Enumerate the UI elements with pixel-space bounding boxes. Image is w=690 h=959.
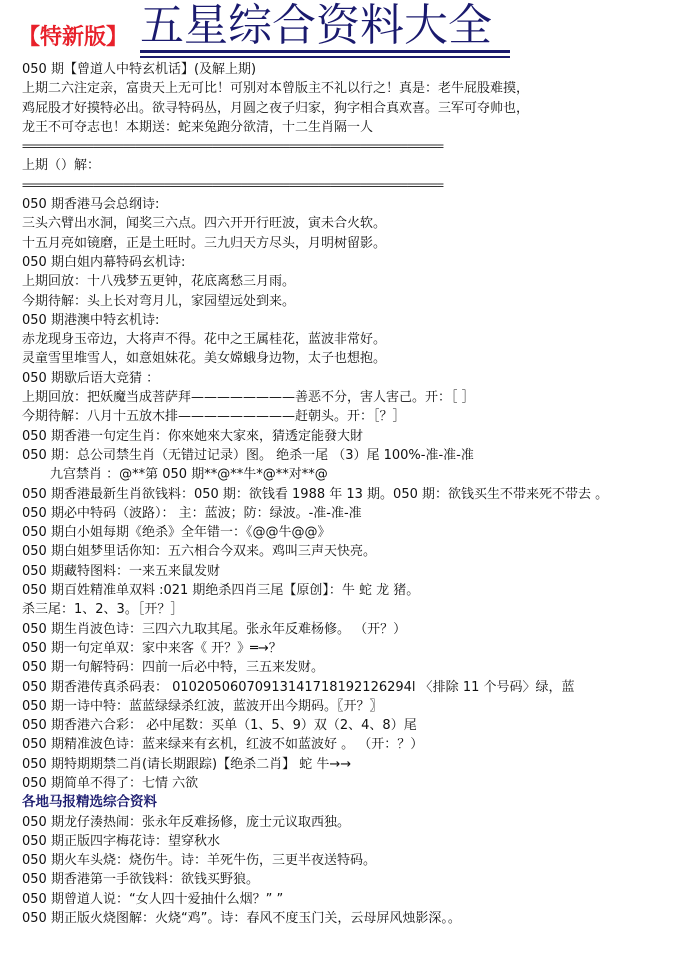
riddle-review: 上期回放：把妖魔当成菩萨拜————————善恶不分，害人害己。开：［ ］ bbox=[22, 388, 690, 407]
list-item: 050 期百姓精准单双料 :021 期绝杀四肖三尾【原创】：牛 蛇 龙 猪。 bbox=[22, 581, 690, 600]
list-item: 杀三尾：1、2、3。［开？］ bbox=[22, 600, 690, 619]
list-item: 050 期简单不得了：七情 六欲 bbox=[22, 774, 690, 793]
section-heading-hk-poem: 050 期香港马会总纲诗: bbox=[22, 195, 690, 214]
list-item: 050 期：总公司禁生肖（无错过记录）图。 绝杀一尾 （3）尾 100%-准-准… bbox=[22, 446, 690, 465]
section-heading-riddle: 050 期歇后语大竞猜 ： bbox=[22, 369, 690, 388]
riddle-pending: 今期待解：八月十五放木排—————————赶朝头。开：［？］ bbox=[22, 407, 690, 426]
list-item: 050 期曾道人说：“女人四十爱抽什么烟？” ” bbox=[22, 890, 690, 909]
jiugong-line: 九宫禁肖 ：@**第 050 期**@**牛*@**对**@ bbox=[22, 465, 690, 484]
list-item: 050 期白小姐每期《绝杀》全年错一：《@@牛@@》 bbox=[22, 523, 690, 542]
list-item: 050 期香港一句定生肖：你來她來大家來，猜透定能發大財 bbox=[22, 427, 690, 446]
list-item: 050 期香港最新生肖欲钱料：050 期：欲钱看 1988 年 13 期。050… bbox=[22, 485, 690, 504]
title-underline bbox=[140, 50, 510, 53]
separator-line: ========================================… bbox=[22, 176, 556, 195]
list-item: 050 期火车头烧：烧伤牛。诗：羊死牛伤，三更半夜送特码。 bbox=[22, 851, 690, 870]
list-item: 050 期精准波色诗：蓝来绿来有玄机，红波不如蓝波好 。 （开：？） bbox=[22, 735, 690, 754]
section-heading-zengdaoren: 050 期【曾道人中特玄机话】(及解上期) bbox=[22, 60, 690, 79]
section-heading-gangao-poem: 050 期港澳中特玄机诗: bbox=[22, 311, 690, 330]
document-body: 050 期【曾道人中特玄机话】(及解上期) 上期二六注定亲，富贵天上无可比！可别… bbox=[22, 60, 690, 928]
list-item: 050 期一诗中特：蓝蓝绿绿杀红波，蓝波开出今期码。〖开？〗 bbox=[22, 697, 690, 716]
list-item: 050 期白姐梦里话你知：五六相合今双来。鸡叫三声天快亮。 bbox=[22, 542, 690, 561]
list-item: 050 期香港传真杀码表： 01020506070913141718192126… bbox=[22, 678, 690, 697]
list-item: 050 期生肖波色诗：三四六九取其尾。张永年反难杨修。 （开？） bbox=[22, 620, 690, 639]
list-item: 050 期香港六合彩： 必中尾数：买单（1、5、9）双（2、4、8）尾 bbox=[22, 716, 690, 735]
site-title: 五星综合资料大全 bbox=[140, 2, 492, 50]
edition-badge: 【特新版】 bbox=[18, 20, 128, 51]
zengdaoren-line: 上期二六注定亲，富贵天上无可比！可别对本曾版主不礼以行之！真是：老牛屁股难摸， bbox=[22, 79, 690, 98]
page-header: 【特新版】 五星综合资料大全 bbox=[0, 0, 690, 60]
poem-line: 十五月亮如镜磨，正是土旺时。三九归天方尽头，月明树留影。 bbox=[22, 234, 690, 253]
list-item: 050 期正版火烧图解：火烧“鸡”。诗：春风不度玉门关，云母屏风烛影深。。 bbox=[22, 909, 690, 928]
poem-line: 灵童雪里堆雪人，如意姐妹花。美女嫦蛾身边物，太子也想抱。 bbox=[22, 349, 690, 368]
list-item: 050 期藏特图料：一来五来鼠发财 bbox=[22, 562, 690, 581]
poem-line: 三头六臂出水洞，闻奖三六点。四六开开行旺波，寅未合火软。 bbox=[22, 214, 690, 233]
section-heading-baijie-poem: 050 期白姐内幕特码玄机诗: bbox=[22, 253, 690, 272]
zengdaoren-line: 鸡屁股才好摸特必出。欲寻特码丛，月圆之夜子归家，狗字相合真欢喜。三军可夺帅也， bbox=[22, 99, 690, 118]
poem-pending: 今期待解：头上长对弯月儿，家园望远处到来。 bbox=[22, 292, 690, 311]
list-item: 050 期一句解特码：四前一后必中特，三五来发财。 bbox=[22, 658, 690, 677]
list-item: 050 期香港第一手欲钱料：欲钱买野狼。 bbox=[22, 870, 690, 889]
title-underline-secondary bbox=[140, 56, 510, 58]
poem-review: 上期回放：十八残梦五更钟，花底离愁三月雨。 bbox=[22, 272, 690, 291]
list-item: 050 期一句定单双：家中来客《 开？》═→？ bbox=[22, 639, 690, 658]
section-heading-regional: 各地马报精选综合资料 bbox=[22, 793, 690, 812]
poem-line: 赤龙现身玉帝边，大将声不得。花中之王属桂花，蓝波非常好。 bbox=[22, 330, 690, 349]
separator-line: ========================================… bbox=[22, 137, 556, 156]
list-item: 050 期龙仔湊热闹：张永年反难扬修，庞士元议取西独。 bbox=[22, 813, 690, 832]
list-item: 050 期必中特码（波路）： 主：蓝波；防：绿波。-准-准-准 bbox=[22, 504, 690, 523]
last-solution: 上期（）解： bbox=[22, 156, 690, 175]
zengdaoren-line: 龙王不可夺志也！本期送：蛇来兔跑分欲清，十二生肖隔一人 bbox=[22, 118, 690, 137]
list-item: 050 期特期期禁二肖(请长期跟踪)【绝杀二肖】 蛇 牛→→ bbox=[22, 755, 690, 774]
list-item: 050 期正版四字梅花诗：望穿秋水 bbox=[22, 832, 690, 851]
